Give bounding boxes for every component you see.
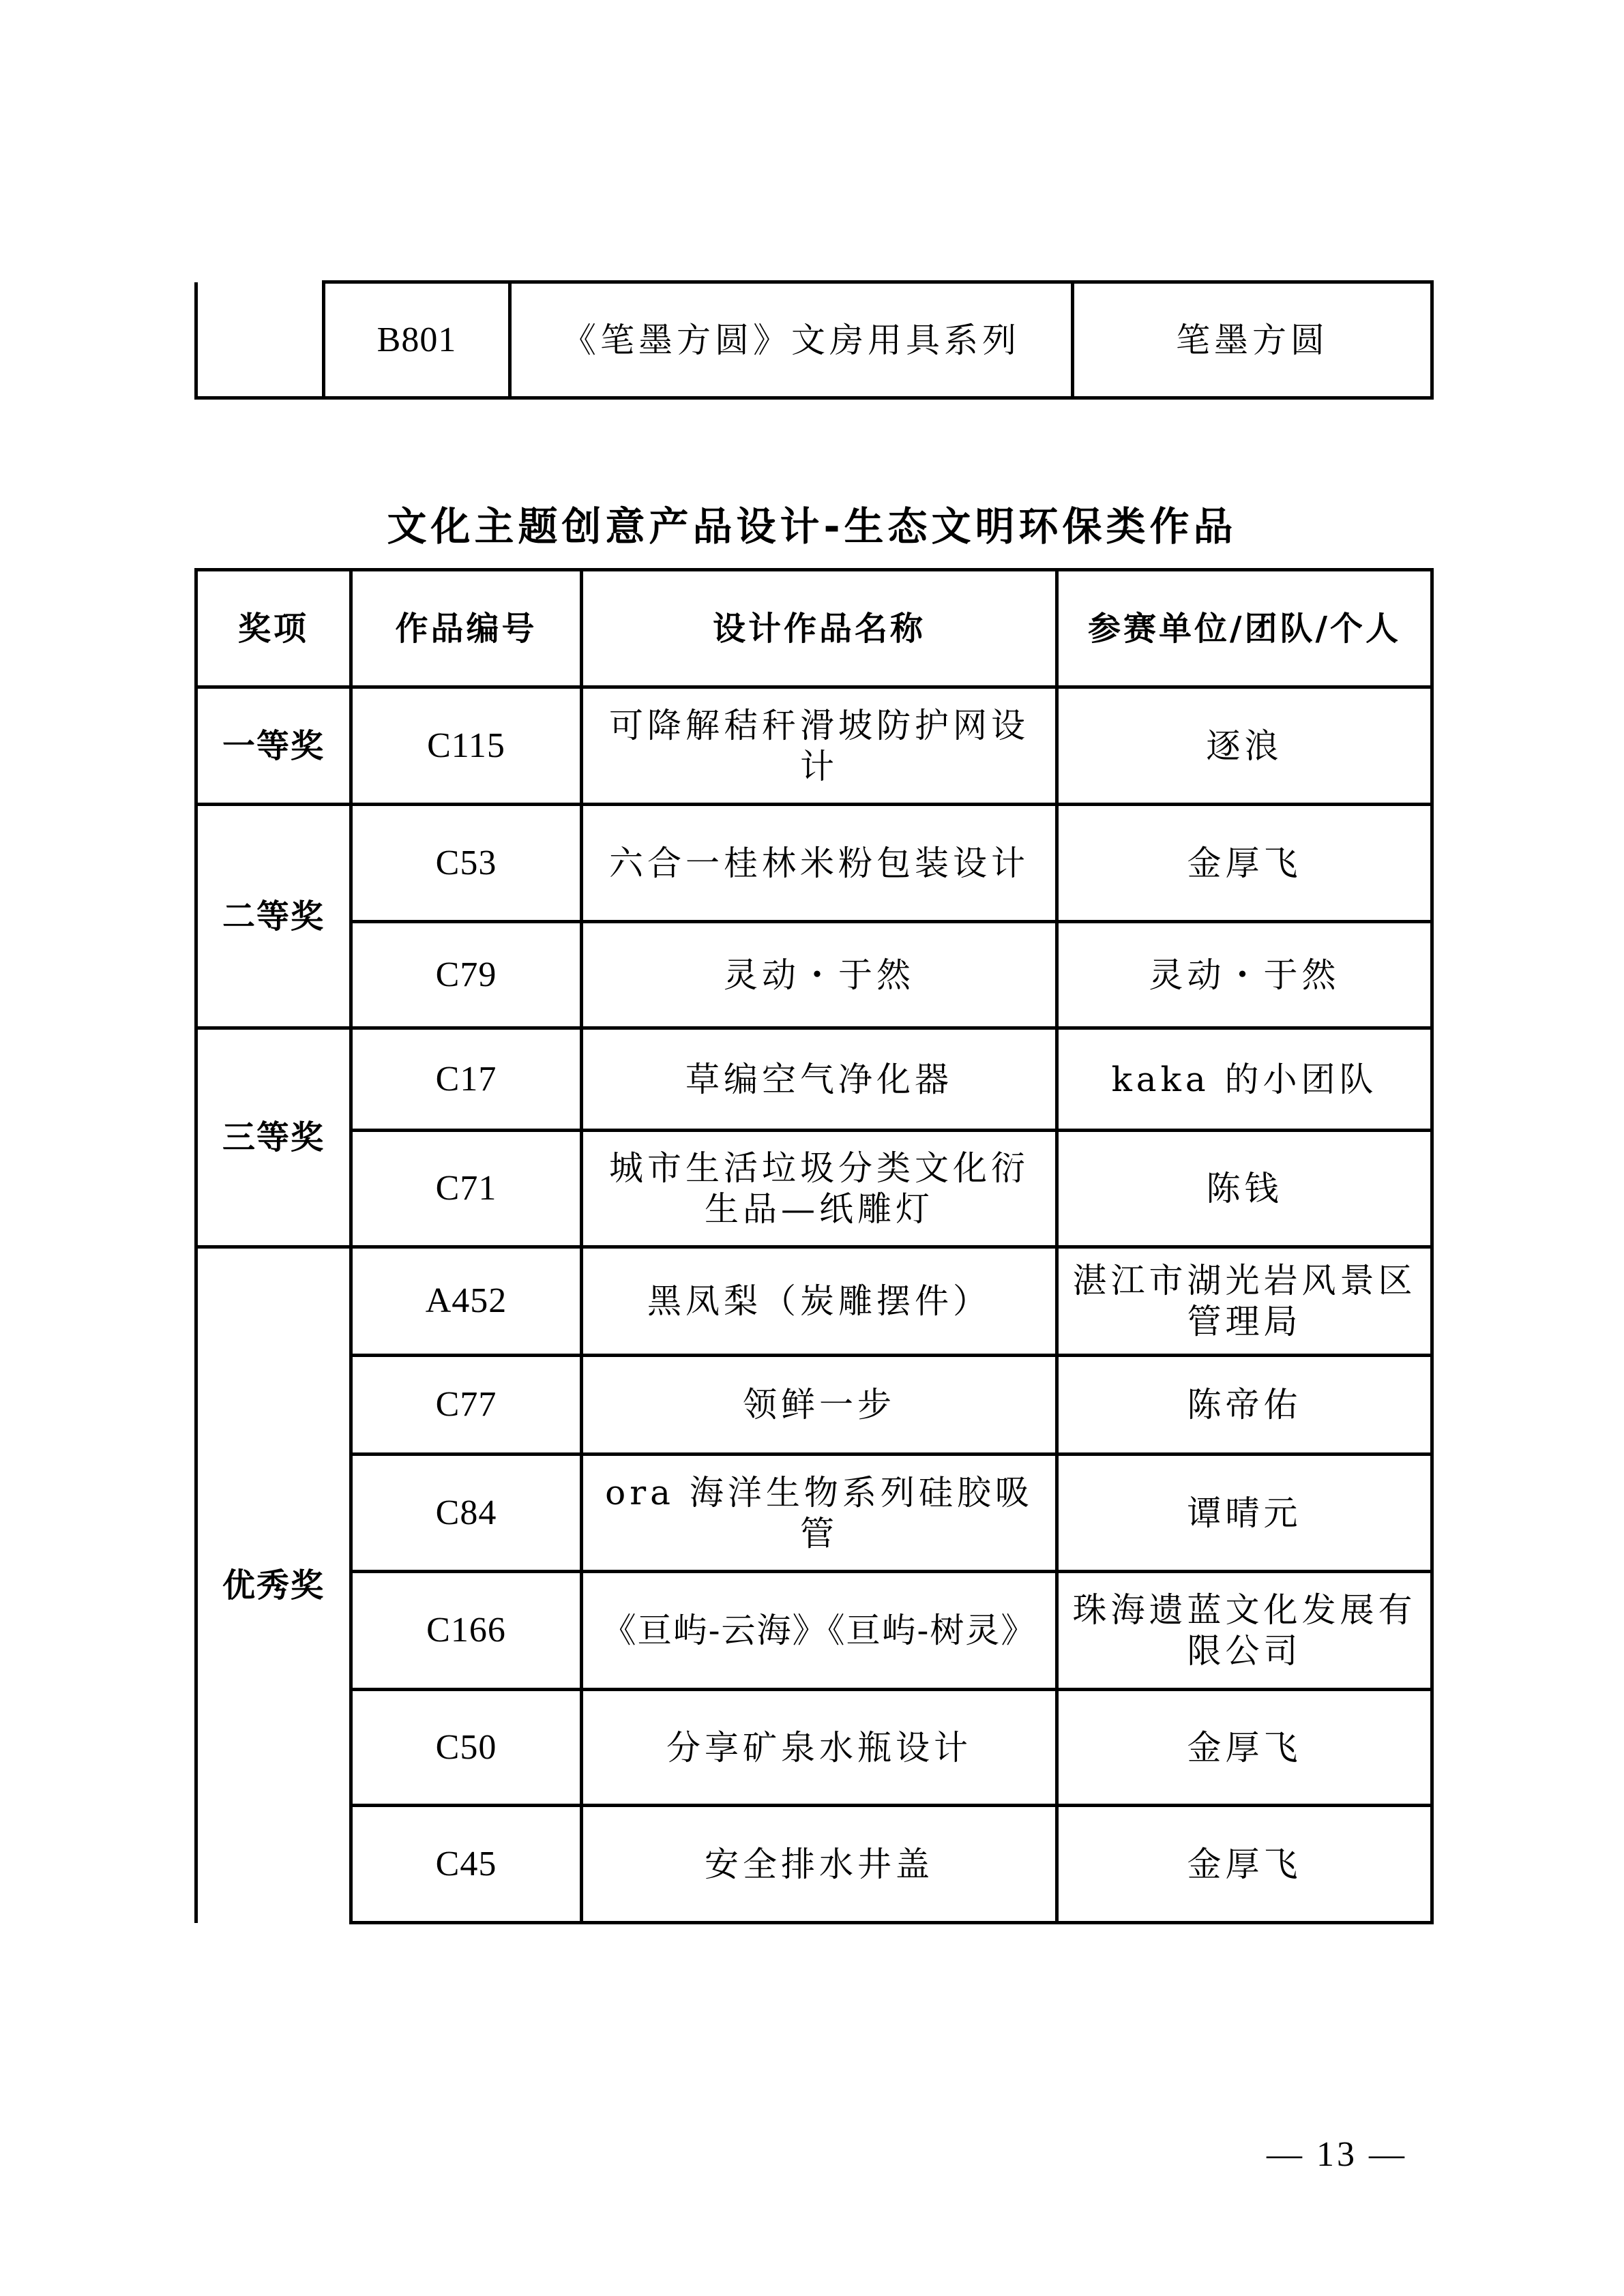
code-cell: C84 — [351, 1455, 582, 1572]
header-name: 设计作品名称 — [582, 570, 1057, 687]
header-row: 奖项 作品编号 设计作品名称 参赛单位/团队/个人 — [196, 570, 1432, 687]
entrant-cell: 珠海遗蓝文化发展有限公司 — [1057, 1572, 1432, 1690]
award-group-first: 一等奖 — [196, 687, 351, 805]
name-cell: 城市生活垃圾分类文化衍生品—纸雕灯 — [582, 1131, 1057, 1247]
continuation-table: B801 《笔墨方圆》文房用具系列 笔墨方圆 — [194, 280, 1434, 400]
code-cell: C115 — [351, 687, 582, 805]
name-cell: 安全排水井盖 — [582, 1806, 1057, 1923]
code-cell: C166 — [351, 1572, 582, 1690]
table-row: B801 《笔墨方圆》文房用具系列 笔墨方圆 — [196, 282, 1432, 398]
header-entrant: 参赛单位/团队/个人 — [1057, 570, 1432, 687]
entrant-cell: 陈钱 — [1057, 1131, 1432, 1247]
entrant-cell: 谭晴元 — [1057, 1455, 1432, 1572]
name-cell: 分享矿泉水瓶设计 — [582, 1690, 1057, 1806]
entrant-cell: 陈帝佑 — [1057, 1356, 1432, 1455]
award-group-third: 三等奖 — [196, 1028, 351, 1247]
name-cell: ora 海洋生物系列硅胶吸管 — [582, 1455, 1057, 1572]
table-row: 优秀奖 A452 黑凤梨（炭雕摆件） 湛江市湖光岩风景区管理局 — [196, 1247, 1432, 1356]
header-code: 作品编号 — [351, 570, 582, 687]
header-award: 奖项 — [196, 570, 351, 687]
award-group-second: 二等奖 — [196, 805, 351, 1028]
code-cell: C53 — [351, 805, 582, 922]
name-cell: 可降解秸秆滑坡防护网设计 — [582, 687, 1057, 805]
name-cell: 《笔墨方圆》文房用具系列 — [510, 282, 1073, 398]
entrant-cell: 逐浪 — [1057, 687, 1432, 805]
code-cell: C79 — [351, 922, 582, 1028]
page-number: — 13 — — [1255, 2134, 1419, 2175]
table-row: 三等奖 C17 草编空气净化器 kaka 的小团队 — [196, 1028, 1432, 1131]
table-row: C79 灵动・于然 灵动・于然 — [196, 922, 1432, 1028]
code-cell: C77 — [351, 1356, 582, 1455]
entrant-cell: 金厚飞 — [1057, 805, 1432, 922]
table-row: C50 分享矿泉水瓶设计 金厚飞 — [196, 1690, 1432, 1806]
entrant-cell: 湛江市湖光岩风景区管理局 — [1057, 1247, 1432, 1356]
code-cell: C71 — [351, 1131, 582, 1247]
awards-table: 奖项 作品编号 设计作品名称 参赛单位/团队/个人 一等奖 C115 可降解秸秆… — [194, 568, 1434, 1924]
code-cell: A452 — [351, 1247, 582, 1356]
table-row: C45 安全排水井盖 金厚飞 — [196, 1806, 1432, 1923]
name-cell: 六合一桂林米粉包装设计 — [582, 805, 1057, 922]
table-row: C77 领鲜一步 陈帝佑 — [196, 1356, 1432, 1455]
table-row: 二等奖 C53 六合一桂林米粉包装设计 金厚飞 — [196, 805, 1432, 922]
table-row: C71 城市生活垃圾分类文化衍生品—纸雕灯 陈钱 — [196, 1131, 1432, 1247]
name-cell: 草编空气净化器 — [582, 1028, 1057, 1131]
code-cell: C50 — [351, 1690, 582, 1806]
entrant-cell: 笔墨方圆 — [1073, 282, 1432, 398]
table-row: C166 《亘屿-云海》《亘屿-树灵》 珠海遗蓝文化发展有限公司 — [196, 1572, 1432, 1690]
code-cell: C45 — [351, 1806, 582, 1923]
name-cell: 灵动・于然 — [582, 922, 1057, 1028]
name-cell: 黑凤梨（炭雕摆件） — [582, 1247, 1057, 1356]
entrant-cell: 金厚飞 — [1057, 1806, 1432, 1923]
table-row: C84 ora 海洋生物系列硅胶吸管 谭晴元 — [196, 1455, 1432, 1572]
code-cell: C17 — [351, 1028, 582, 1131]
table-row: 一等奖 C115 可降解秸秆滑坡防护网设计 逐浪 — [196, 687, 1432, 805]
entrant-cell: kaka 的小团队 — [1057, 1028, 1432, 1131]
code-cell: B801 — [324, 282, 510, 398]
entrant-cell: 灵动・于然 — [1057, 922, 1432, 1028]
entrant-cell: 金厚飞 — [1057, 1690, 1432, 1806]
name-cell: 《亘屿-云海》《亘屿-树灵》 — [582, 1572, 1057, 1690]
section-title: 文化主题创意产品设计-生态文明环保类作品 — [0, 494, 1624, 552]
award-cell — [196, 282, 324, 398]
award-group-excellence: 优秀奖 — [196, 1247, 351, 1923]
name-cell: 领鲜一步 — [582, 1356, 1057, 1455]
